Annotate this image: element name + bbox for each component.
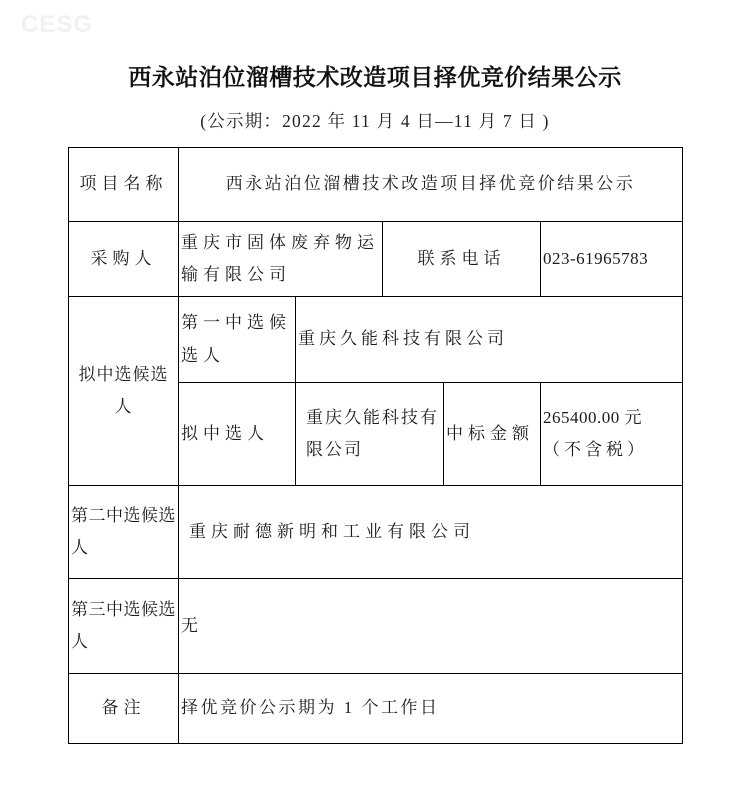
proposed-winner-label: 拟中选人 — [179, 383, 296, 486]
table-row: 采购人 重庆市固体废弃物运输有限公司 联系电话 023-61965783 — [69, 222, 683, 297]
award-amount-number: 265400.00 元 — [543, 402, 680, 434]
table-row: 备注 择优竞价公示期为 1 个工作日 — [69, 674, 683, 744]
third-candidate-label: 第三中选候选人 — [69, 579, 179, 674]
contact-phone-value: 023-61965783 — [541, 222, 683, 297]
purchaser-label: 采购人 — [69, 222, 179, 297]
document-page: { "watermark": "CESG", "title": "西永站泊位溜槽… — [0, 0, 750, 802]
table-row: 第三中选候选人 无 — [69, 579, 683, 674]
third-candidate-value: 无 — [179, 579, 683, 674]
table-row: 项目名称 西永站泊位溜槽技术改造项目择优竞价结果公示 — [69, 148, 683, 222]
remark-value: 择优竞价公示期为 1 个工作日 — [179, 674, 683, 744]
remark-label: 备注 — [69, 674, 179, 744]
candidates-label: 拟中选候选人 — [69, 297, 179, 486]
table-row: 第二中选候选人 重庆耐德新明和工业有限公司 — [69, 486, 683, 579]
project-name-value: 西永站泊位溜槽技术改造项目择优竞价结果公示 — [179, 148, 683, 222]
award-amount-value: 265400.00 元 （不含税） — [541, 383, 683, 486]
proposed-winner-value: 重庆久能科技有限公司 — [296, 383, 444, 486]
table-row: 拟中选候选人 第一中选候选人 重庆久能科技有限公司 — [69, 297, 683, 383]
page-title: 西永站泊位溜槽技术改造项目择优竞价结果公示 — [0, 59, 750, 92]
second-candidate-label: 第二中选候选人 — [69, 486, 179, 579]
award-amount-label: 中标金额 — [444, 383, 541, 486]
results-table: 项目名称 西永站泊位溜槽技术改造项目择优竞价结果公示 采购人 重庆市固体废弃物运… — [68, 147, 683, 744]
purchaser-value: 重庆市固体废弃物运输有限公司 — [179, 222, 383, 297]
contact-phone-label: 联系电话 — [383, 222, 541, 297]
first-candidate-value: 重庆久能科技有限公司 — [296, 297, 683, 383]
second-candidate-value: 重庆耐德新明和工业有限公司 — [179, 486, 683, 579]
publicity-period: (公示期：2022 年 11 月 4 日—11 月 7 日 ) — [0, 108, 750, 133]
cesg-watermark: CESG — [21, 11, 93, 39]
first-candidate-label: 第一中选候选人 — [179, 297, 296, 383]
project-name-label: 项目名称 — [69, 148, 179, 222]
award-amount-tax-note: （不含税） — [543, 434, 680, 466]
